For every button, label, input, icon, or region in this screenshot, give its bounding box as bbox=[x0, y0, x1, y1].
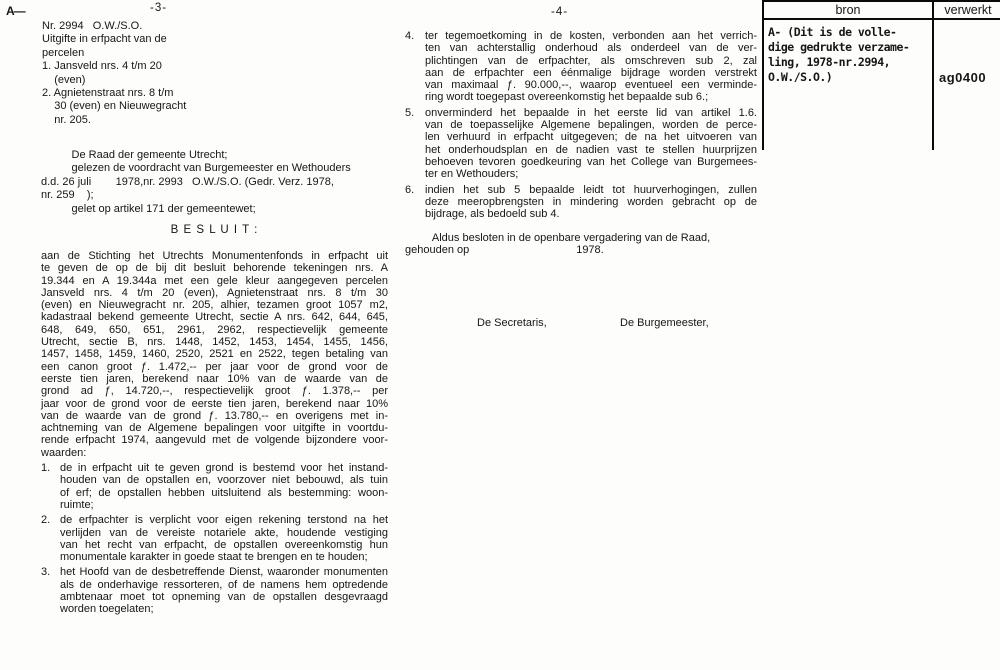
text-line: het onderhoudsplan en de nadien vast te … bbox=[425, 144, 757, 156]
numbered-item: 2.de erfpachter is verplicht voor eigen … bbox=[41, 514, 388, 563]
text-line: nr. 259 ); bbox=[41, 189, 387, 202]
text-line: eerste tien jaren, berekend naar 10% van… bbox=[41, 373, 388, 385]
verwerkt-cell: ag0400 bbox=[932, 20, 1000, 150]
text-line: nr. 205. bbox=[42, 114, 302, 127]
text-line: van de waarde van de grond ƒ. 13.780,-- … bbox=[41, 410, 388, 422]
text-line: gelet op artikel 171 der gemeentewet; bbox=[41, 203, 387, 216]
text-line: van maximaal ƒ. 90.000,--, waarop eventu… bbox=[425, 79, 757, 91]
item-number: 1. bbox=[41, 462, 50, 474]
text-line: als de onderhavige ressorteren, of de na… bbox=[60, 579, 388, 591]
text-line: achtneming van de Algemene bepalingen vo… bbox=[41, 422, 388, 434]
item-text: ter tegemoetkoming in de kosten, verbond… bbox=[425, 30, 757, 104]
items-left: 1.de in erfpacht uit te geven grond is b… bbox=[41, 462, 388, 616]
numbered-item: 5.onverminderd het bepaalde in het eerst… bbox=[405, 107, 757, 181]
page-number-right: -4- bbox=[551, 6, 568, 18]
signature-burgemeester: De Burgemeester, bbox=[620, 317, 709, 329]
reference-block: Nr. 2994 O.W./S.O.Uitgifte in erfpacht v… bbox=[42, 20, 302, 127]
text-line: percelen bbox=[42, 47, 302, 60]
text-line: behoeven tevoren goedkeuring van het Col… bbox=[425, 156, 757, 168]
text-line: ter en Wethouders; bbox=[425, 168, 757, 180]
item-number: 5. bbox=[405, 107, 414, 119]
numbered-item: 3.het Hoofd van de desbetreffende Dienst… bbox=[41, 566, 388, 615]
text-line: verlijden van de vereiste notariele akte… bbox=[60, 527, 388, 539]
text-line: Uitgifte in erfpacht van de bbox=[42, 33, 302, 46]
text-line: bijdrage, als bedoeld sub 4. bbox=[425, 208, 757, 220]
text-line: 30 (even) en Nieuwegracht bbox=[42, 100, 302, 113]
text-line: 19.344 en A 19.344a met een gele kleur a… bbox=[41, 275, 388, 287]
text-line: Nr. 2994 O.W./S.O. bbox=[42, 20, 302, 33]
text-line: kadastraal bekend gemeente Utrecht, sect… bbox=[41, 311, 388, 323]
preamble-block: De Raad der gemeente Utrecht; gelezen de… bbox=[41, 149, 387, 216]
item-text: de erfpachter is verplicht voor eigen re… bbox=[60, 514, 388, 563]
text-line: len verhuurd in erfpacht uitgegeven; de … bbox=[425, 131, 757, 143]
text-line: De Raad der gemeente Utrecht; bbox=[41, 149, 387, 162]
signature-row: De Secretaris, De Burgemeester, bbox=[405, 317, 757, 331]
besluit-heading: B E S L U I T : bbox=[41, 224, 388, 236]
text-line: Utrecht, sectie B, nrs. 1448, 1452, 1453… bbox=[41, 336, 388, 348]
text-line: rende erfpacht 1974, aangevuld met de vo… bbox=[41, 434, 388, 446]
text-line: d.d. 26 juli 1978,nr. 2993 O.W./S.O. (Ge… bbox=[41, 176, 387, 189]
text-line: de erfpachter is verplicht voor eigen re… bbox=[60, 514, 388, 526]
text-line: 1457, 1458, 1459, 1460, 2520, 2521 en 25… bbox=[41, 348, 388, 360]
decision-body: aan de Stichting het Utrechts Monumenten… bbox=[41, 250, 388, 616]
text-line: monumentale karakter in goede staat te b… bbox=[60, 551, 388, 563]
text-line: Aldus besloten in de openbare vergaderin… bbox=[405, 232, 757, 244]
corner-mark: A— bbox=[6, 4, 25, 18]
text-line: of erf; de opstallen hebben uitsluitend … bbox=[60, 487, 388, 499]
text-line: O.W./S.O.) bbox=[768, 70, 930, 85]
decision-paragraph: aan de Stichting het Utrechts Monumenten… bbox=[41, 250, 388, 459]
text-line: 1. Jansveld nrs. 4 t/m 20 bbox=[42, 60, 302, 73]
text-line: een canon groot ƒ. 1.472,-- per jaar voo… bbox=[41, 361, 388, 373]
header-table: bron verwerkt A- (Dit is de volle-dige g… bbox=[762, 0, 1000, 150]
text-line: (even) en Nieuwegracht nr. 205, alhier, … bbox=[41, 299, 388, 311]
text-line: gehouden op 1978. bbox=[405, 244, 757, 256]
text-line: (even) bbox=[42, 74, 302, 87]
numbered-item: 6.indien het sub 5 bepaalde leidt tot hu… bbox=[405, 184, 757, 221]
text-line: ten van achterstallig onderhoud als onde… bbox=[425, 42, 757, 54]
text-line: plichtingen van de erfpachter, als omsch… bbox=[425, 55, 757, 67]
text-line: ambtenaar moet tot opneming van de opsta… bbox=[60, 591, 388, 603]
text-line: dige gedrukte verzame- bbox=[768, 40, 930, 55]
text-line: van het recht van erfpacht, de opstallen… bbox=[60, 539, 388, 551]
item-number: 3. bbox=[41, 566, 50, 578]
text-line: onverminderd het bepaalde in het eerste … bbox=[425, 107, 757, 119]
signature-secretaris: De Secretaris, bbox=[477, 317, 547, 329]
text-line: te geven de op de bij dit besluit behore… bbox=[41, 262, 388, 274]
text-line: A- (Dit is de volle- bbox=[768, 25, 930, 40]
text-line: deze meeropbrengsten in mindering worden… bbox=[425, 196, 757, 208]
item-text: de in erfpacht uit te geven grond is bes… bbox=[60, 462, 388, 511]
numbered-item: 4.ter tegemoetkoming in de kosten, verbo… bbox=[405, 30, 757, 104]
verwerkt-column-header: verwerkt bbox=[932, 2, 1000, 20]
text-line: 2. Agnietenstraat nrs. 8 t/m bbox=[42, 87, 302, 100]
item-text: het Hoofd van de desbetreffende Dienst, … bbox=[60, 566, 388, 615]
text-line: ruimte; bbox=[60, 499, 388, 511]
text-line: waarden: bbox=[41, 447, 388, 459]
text-line: van de toepasselijke Algemene bepalingen… bbox=[425, 119, 757, 131]
text-line: gelezen de voordracht van Burgemeester e… bbox=[41, 162, 387, 175]
text-line: 648, 649, 650, 651, 2961, 2962, respecti… bbox=[41, 324, 388, 336]
text-line: aan de erfpachter een éénmalige bijdrage… bbox=[425, 67, 757, 79]
numbered-item: 1.de in erfpacht uit te geven grond is b… bbox=[41, 462, 388, 511]
text-line: worden toegelaten; bbox=[60, 603, 388, 615]
text-line: aan de Stichting het Utrechts Monumenten… bbox=[41, 250, 388, 262]
closing-block: Aldus besloten in de openbare vergaderin… bbox=[405, 232, 757, 257]
text-line: de in erfpacht uit te geven grond is bes… bbox=[60, 462, 388, 474]
items-right: 4.ter tegemoetkoming in de kosten, verbo… bbox=[405, 27, 757, 220]
item-number: 6. bbox=[405, 184, 414, 196]
text-line: grond ad ƒ, 14.720,--, respectievelijk g… bbox=[41, 385, 388, 397]
text-line: ter tegemoetkoming in de kosten, verbond… bbox=[425, 30, 757, 42]
page-number-left: -3- bbox=[150, 2, 167, 14]
item-text: indien het sub 5 bepaalde leidt tot huur… bbox=[425, 184, 757, 221]
item-number: 4. bbox=[405, 30, 414, 42]
text-line: het Hoofd van de desbetreffende Dienst, … bbox=[60, 566, 388, 578]
bron-column-header: bron bbox=[764, 2, 932, 20]
text-line: ling, 1978-nr.2994, bbox=[768, 55, 930, 70]
text-line: jaar voor de grond voor de eerste tien j… bbox=[41, 398, 388, 410]
text-line: ring wordt toegepast overeenkomstig het … bbox=[425, 91, 757, 103]
item-number: 2. bbox=[41, 514, 50, 526]
text-line: indien het sub 5 bepaalde leidt tot huur… bbox=[425, 184, 757, 196]
text-line: Jansveld nrs. 4 t/m 20 (even), Agnietens… bbox=[41, 287, 388, 299]
text-line: houden van de opstallen en, voorzover ni… bbox=[60, 474, 388, 486]
bron-cell: A- (Dit is de volle-dige gedrukte verzam… bbox=[764, 20, 932, 150]
item-text: onverminderd het bepaalde in het eerste … bbox=[425, 107, 757, 181]
